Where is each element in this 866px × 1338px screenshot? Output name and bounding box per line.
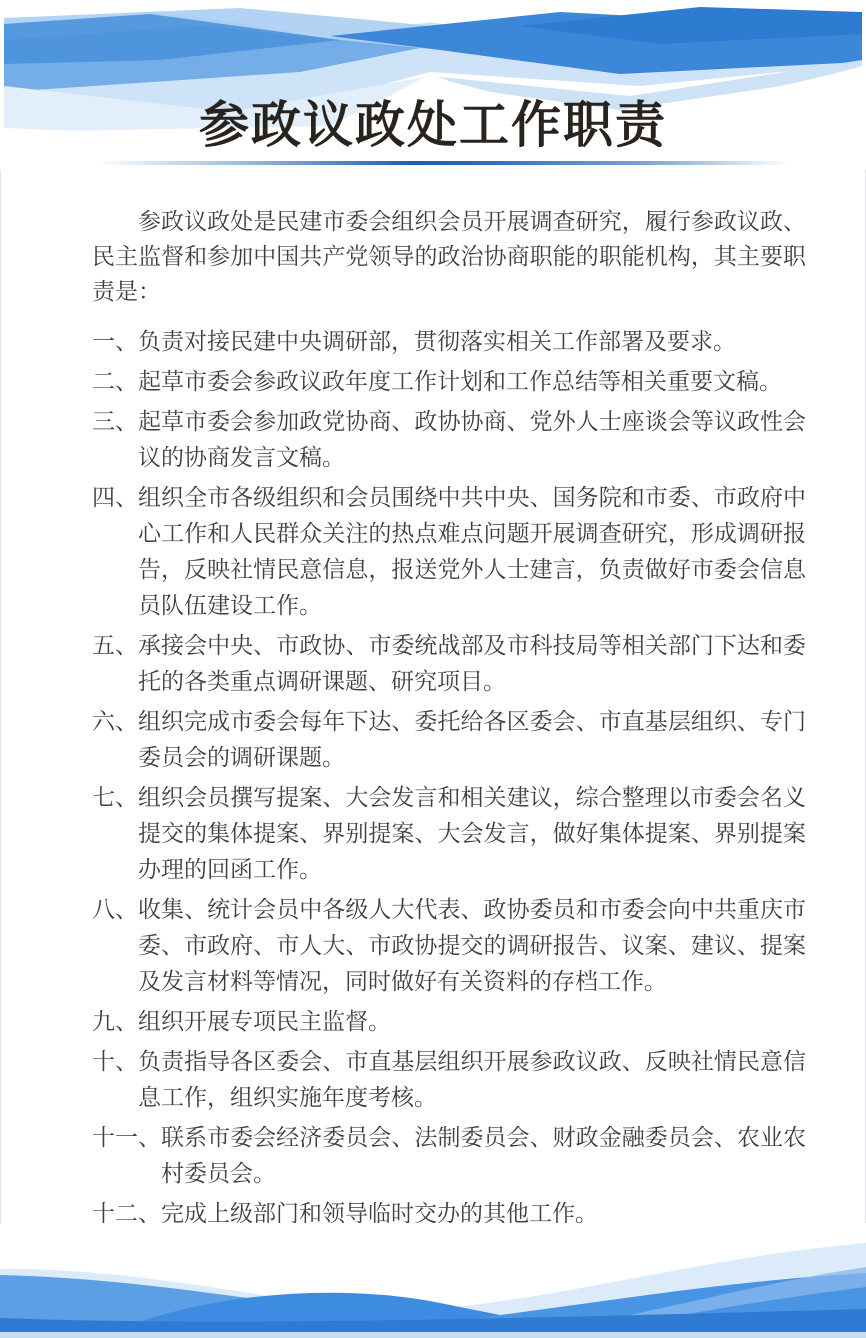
list-item: 三、 起草市委会参加政党协商、政协协商、党外人士座谈会等议政性会议的协商发言文稿…: [92, 403, 806, 475]
item-number: 十、: [92, 1043, 138, 1079]
list-item: 九、 组织开展专项民主监督。: [92, 1003, 806, 1039]
poster-page: 参政议政处工作职责 参政议政处是民建市委会组织会员开展调查研究，履行参政议政、民…: [0, 0, 866, 1338]
list-item: 二、 起草市委会参政议政年度工作计划和工作总结等相关重要文稿。: [92, 363, 806, 399]
item-number: 五、: [92, 627, 138, 663]
item-number: 一、: [92, 323, 138, 359]
list-item: 十一、 联系市委会经济委员会、法制委员会、财政金融委员会、农业农村委员会。: [92, 1119, 806, 1191]
list-item: 十、 负责指导各区委会、市直基层组织开展参政议政、反映社情民意信息工作，组织实施…: [92, 1043, 806, 1115]
footer-wave-decoration: [0, 1223, 866, 1338]
item-number: 六、: [92, 703, 138, 739]
list-item: 四、 组织全市各级组织和会员围绕中共中央、国务院和市委、市政府中心工作和人民群众…: [92, 479, 806, 623]
intro-paragraph: 参政议政处是民建市委会组织会员开展调查研究，履行参政议政、民主监督和参加中国共产…: [92, 204, 806, 309]
item-text: 起草市委会参加政党协商、政协协商、党外人士座谈会等议政性会议的协商发言文稿。: [138, 403, 806, 475]
item-text: 负责指导各区委会、市直基层组织开展参政议政、反映社情民意信息工作，组织实施年度考…: [138, 1043, 806, 1115]
item-number: 九、: [92, 1003, 138, 1039]
document-body: 参政议政处是民建市委会组织会员开展调查研究，履行参政议政、民主监督和参加中国共产…: [92, 204, 806, 1231]
item-text: 组织会员撰写提案、大会发言和相关建议，综合整理以市委会名义提交的集体提案、界别提…: [138, 779, 806, 887]
item-number: 四、: [92, 479, 138, 515]
list-item: 五、 承接会中央、市政协、市委统战部及市科技局等相关部门下达和委托的各类重点调研…: [92, 627, 806, 699]
title-underline: [95, 161, 789, 165]
item-number: 二、: [92, 363, 138, 399]
list-item: 一、 负责对接民建中央调研部，贯彻落实相关工作部署及要求。: [92, 323, 806, 359]
item-number: 七、: [92, 779, 138, 815]
item-text: 联系市委会经济委员会、法制委员会、财政金融委员会、农业农村委员会。: [161, 1119, 806, 1191]
item-text: 承接会中央、市政协、市委统战部及市科技局等相关部门下达和委托的各类重点调研课题、…: [138, 627, 806, 699]
item-number: 十一、: [92, 1119, 161, 1155]
duties-list: 一、 负责对接民建中央调研部，贯彻落实相关工作部署及要求。 二、 起草市委会参政…: [92, 323, 806, 1231]
item-text: 组织完成市委会每年下达、委托给各区委会、市直基层组织、专门委员会的调研课题。: [138, 703, 806, 775]
item-number: 八、: [92, 891, 138, 927]
page-title: 参政议政处工作职责: [0, 98, 866, 152]
item-number: 三、: [92, 403, 138, 439]
item-text: 收集、统计会员中各级人大代表、政协委员和市委会向中共重庆市委、市政府、市人大、市…: [138, 891, 806, 999]
item-text: 组织全市各级组织和会员围绕中共中央、国务院和市委、市政府中心工作和人民群众关注的…: [138, 479, 806, 623]
item-text: 起草市委会参政议政年度工作计划和工作总结等相关重要文稿。: [138, 363, 806, 399]
list-item: 七、 组织会员撰写提案、大会发言和相关建议，综合整理以市委会名义提交的集体提案、…: [92, 779, 806, 887]
list-item: 八、 收集、统计会员中各级人大代表、政协委员和市委会向中共重庆市委、市政府、市人…: [92, 891, 806, 999]
item-text: 负责对接民建中央调研部，贯彻落实相关工作部署及要求。: [138, 323, 806, 359]
list-item: 六、 组织完成市委会每年下达、委托给各区委会、市直基层组织、专门委员会的调研课题…: [92, 703, 806, 775]
item-text: 组织开展专项民主监督。: [138, 1003, 806, 1039]
